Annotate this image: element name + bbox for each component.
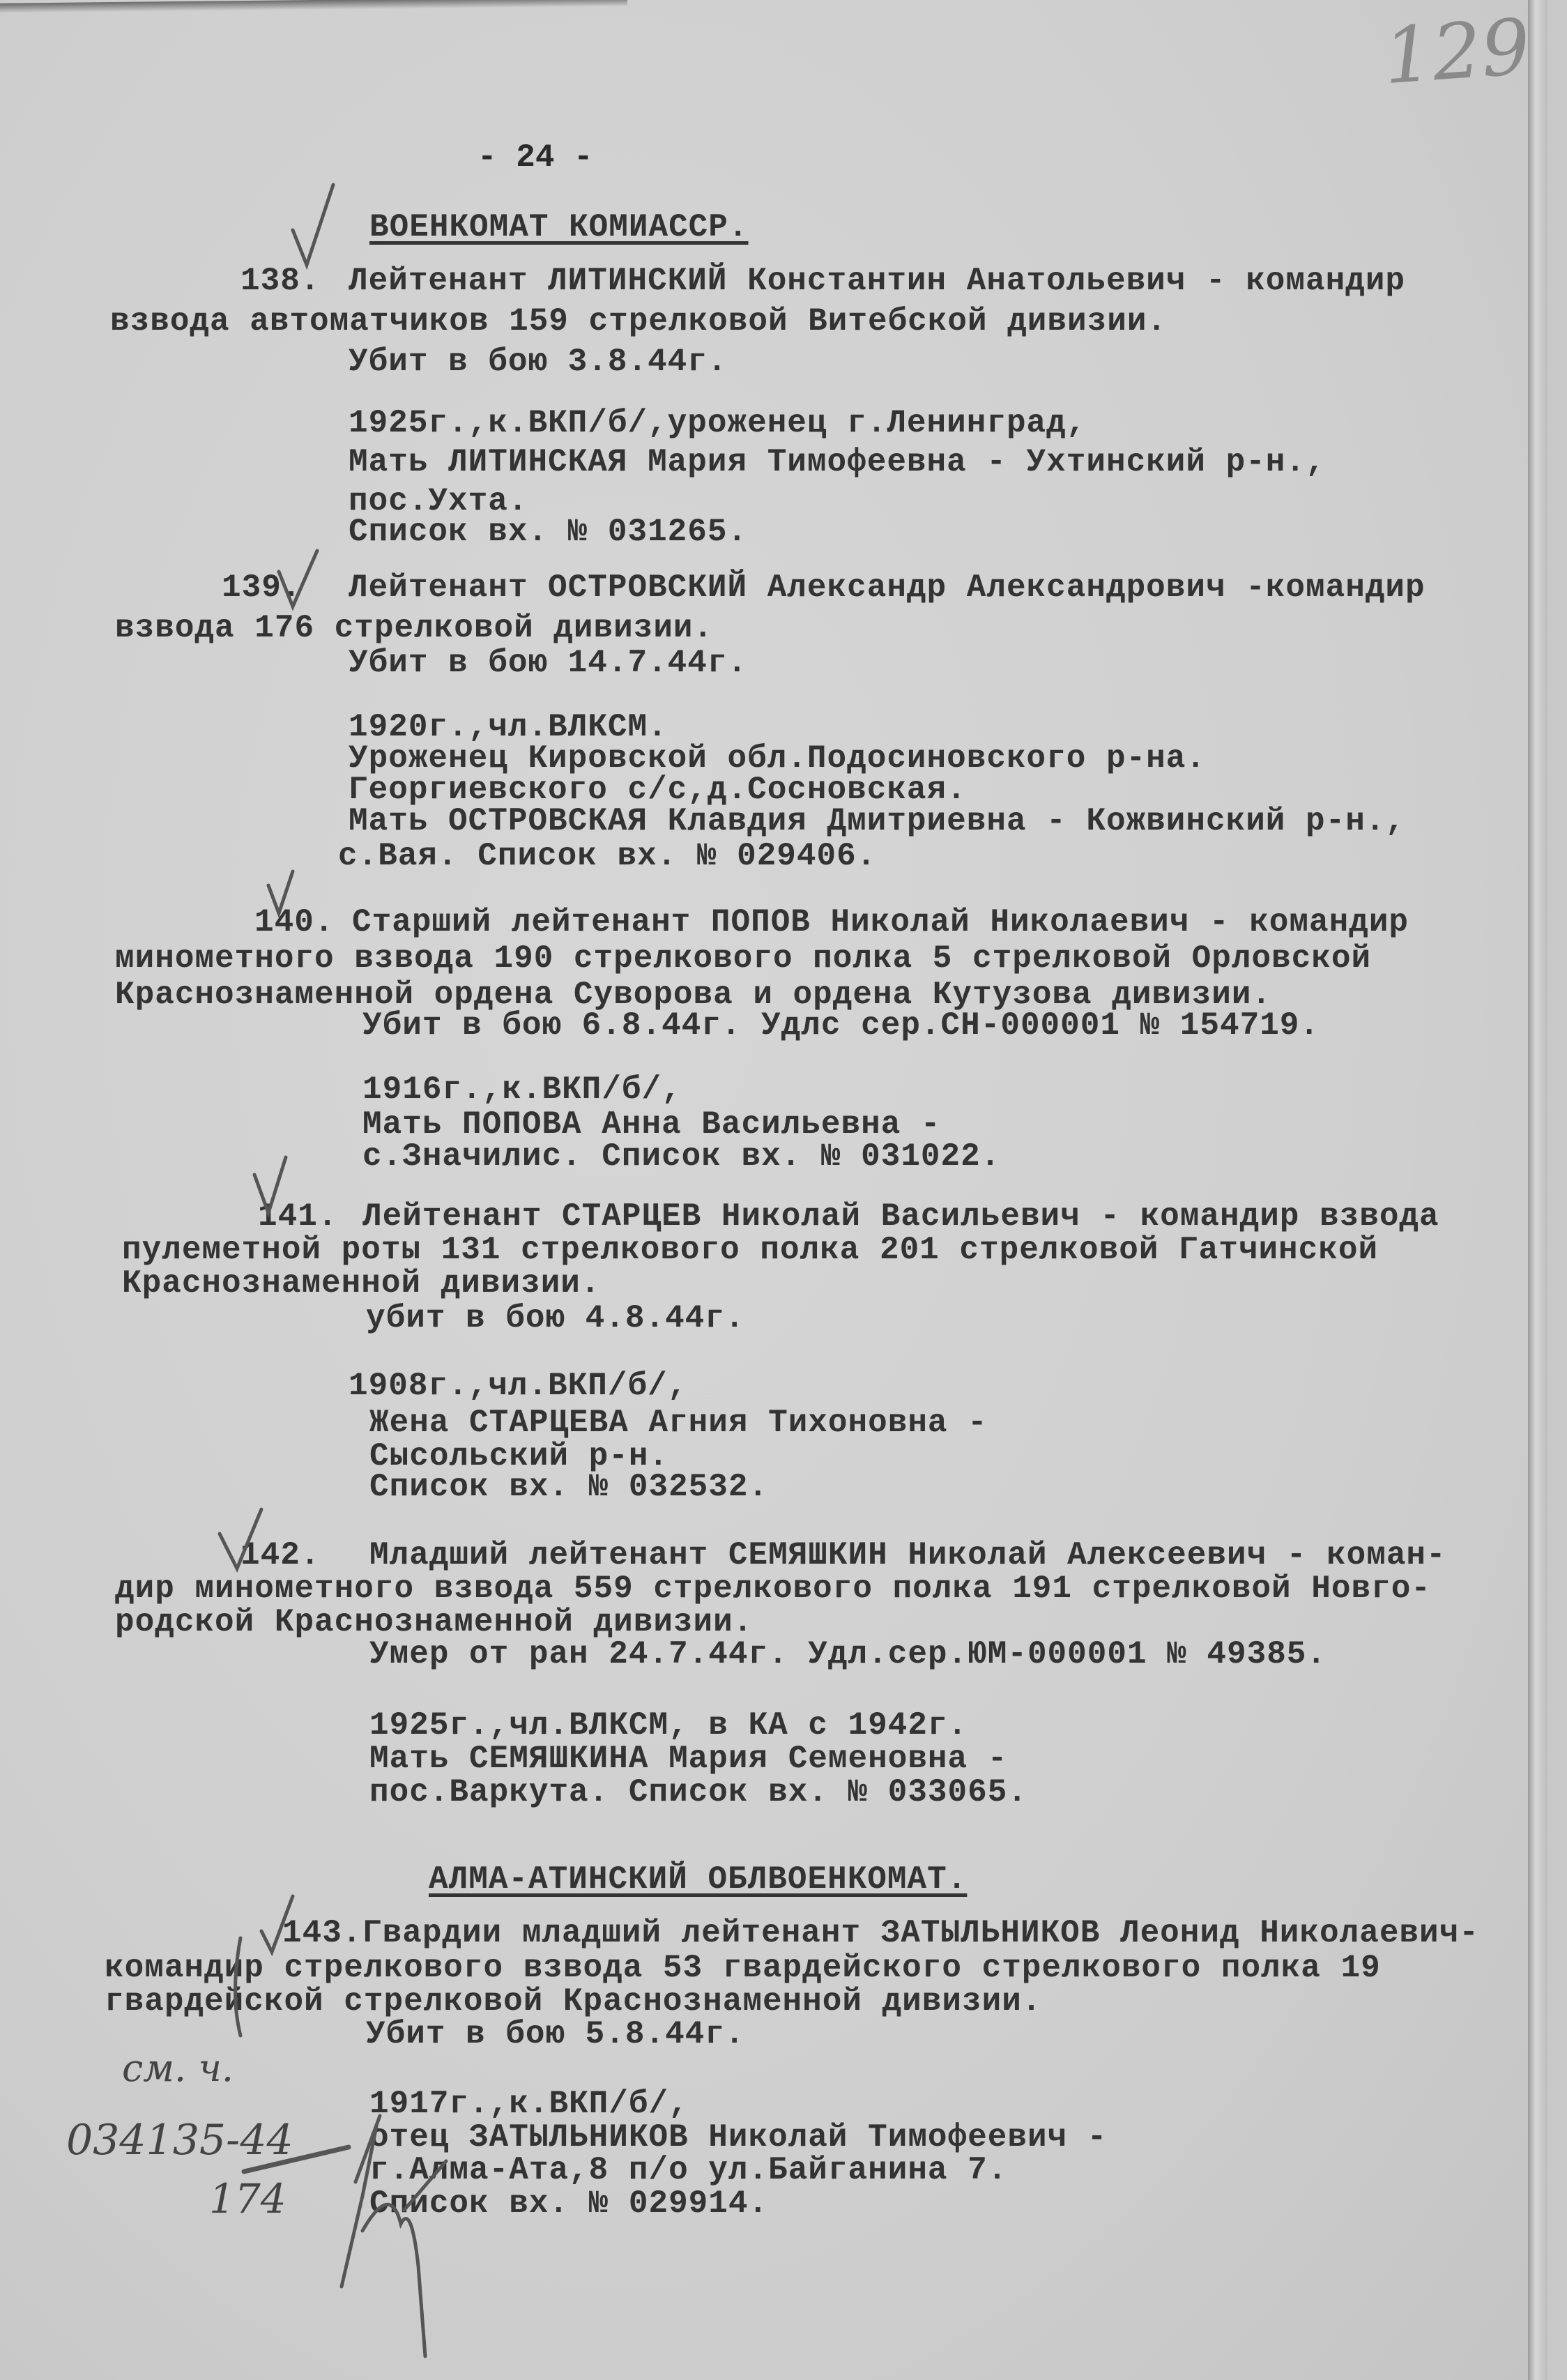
- entry-142-detail-1: 1925г.,чл.ВЛКСМ, в КА с 1942г.: [369, 1709, 968, 1741]
- entry-143-detail-3: г.Алма-Ата,8 п/о ул.Байганина 7.: [369, 2154, 1007, 2186]
- entry-143-line-4: Убит в бою 5.8.44г.: [366, 2018, 745, 2050]
- handwritten-number-bottom: 174: [209, 2175, 286, 2222]
- entry-138-detail-1: 1925г.,к.ВКП/б/,уроженец г.Ленинград,: [349, 407, 1086, 439]
- entry-139-line-2: взвода 176 стрелковой дивизии.: [115, 612, 713, 644]
- entry-140-line-1: Старший лейтенант ПОПОВ Николай Николаев…: [352, 906, 1409, 938]
- handwritten-ref-note: см. ч.: [122, 2046, 234, 2090]
- handwritten-number-top: 034135-44: [66, 2116, 293, 2165]
- entry-138-line-3: Убит в бою 3.8.44г.: [349, 346, 728, 378]
- entry-141-line-3: Краснознаменной дивизии.: [122, 1267, 601, 1299]
- entry-138-line-1: Лейтенант ЛИТИНСКИЙ Константин Анатольев…: [349, 265, 1405, 297]
- entry-141-line-1: Лейтенант СТАРЦЕВ Николай Васильевич - к…: [362, 1200, 1439, 1233]
- entry-142-line-2: дир минометного взвода 559 стрелкового п…: [115, 1573, 1431, 1605]
- entry-139-detail-1: 1920г.,чл.ВЛКСМ.: [349, 711, 668, 743]
- entry-140-line-3: Краснознаменной ордена Суворова и ордена…: [115, 979, 1271, 1011]
- document-page: 129 - 24 - ВОЕНКОМАТ КОМИАССР. 138. Лейт…: [0, 0, 1547, 2380]
- page-number: - 24 -: [477, 139, 593, 176]
- entry-141-detail-3: Сысольский р-н.: [369, 1440, 668, 1472]
- entry-142-detail-2: Мать СЕМЯШКИНА Мария Семеновна -: [369, 1743, 1007, 1775]
- entry-142-detail-3: пос.Варкута. Список вх. № 033065.: [369, 1776, 1027, 1808]
- entry-139-detail-3: Георгиевского с/с,д.Сосновская.: [349, 774, 967, 806]
- entry-139-number: 139.: [222, 572, 301, 604]
- entry-143-line-1: Гвардии младший лейтенант ЗАТЫЛЬНИКОВ Ле…: [362, 1917, 1479, 1949]
- entry-140-line-4: Убит в бою 6.8.44г. Удлс сер.СН-000001 №…: [362, 1009, 1320, 1042]
- entry-140-detail-3: с.Значилис. Список вх. № 031022.: [362, 1141, 1000, 1173]
- entry-141-detail-2: Жена СТАРЦЕВА Агния Тихоновна -: [369, 1407, 988, 1439]
- entry-139-line-3: Убит в бою 14.7.44г.: [349, 647, 747, 679]
- entry-141-detail-1: 1908г.,чл.ВКП/б/,: [349, 1370, 687, 1402]
- entry-140-line-2: минометного взвода 190 стрелкового полка…: [115, 943, 1371, 975]
- entry-138-detail-3: пос.Ухта.: [349, 485, 528, 517]
- entry-143-detail-4: Список вх. № 029914.: [369, 2188, 768, 2220]
- checkmark-icon: [293, 185, 333, 265]
- entry-141-detail-4: Список вх. № 032532.: [369, 1471, 768, 1503]
- entry-139-detail-2: Уроженец Кировской обл.Подосиновского р-…: [349, 742, 1206, 775]
- entry-141-number: 141.: [258, 1200, 337, 1233]
- entry-138-line-2: взвода автоматчиков 159 стрелковой Витеб…: [110, 305, 1167, 337]
- entry-140-detail-2: Мать ПОПОВА Анна Васильевна -: [362, 1108, 941, 1141]
- entry-138-detail-2: Мать ЛИТИНСКАЯ Мария Тимофеевна - Ухтинс…: [349, 446, 1326, 478]
- entry-139-detail-5: с.Вая. Список вх. № 029406.: [338, 840, 876, 872]
- section-heading-alma-ata: АЛМА-АТИНСКИЙ ОБЛВОЕНКОМАТ.: [429, 1861, 967, 1898]
- entry-138-detail-4: Список вх. № 031265.: [349, 516, 747, 548]
- entry-140-detail-1: 1916г.,к.ВКП/б/,: [362, 1074, 682, 1106]
- binding-edge: [1528, 0, 1547, 2380]
- entry-142-line-4: Умер от ран 24.7.44г. Удл.сер.ЮМ-000001 …: [369, 1638, 1327, 1670]
- entry-139-detail-4: Мать ОСТРОВСКАЯ Клавдия Дмитриевна - Кож…: [349, 805, 1405, 837]
- entry-139-line-1: Лейтенант ОСТРОВСКИЙ Александр Александр…: [349, 572, 1425, 604]
- entry-143-line-2: командир стрелкового взвода 53 гвардейск…: [105, 1952, 1381, 1984]
- page-edge-shadow: [0, 0, 627, 13]
- entry-142-line-1: Младший лейтенант СЕМЯШКИН Николай Алекс…: [369, 1539, 1446, 1571]
- section-heading-komi: ВОЕНКОМАТ КОМИАССР.: [369, 209, 749, 245]
- folio-number: 129: [1381, 2, 1533, 101]
- entry-142-number: 142.: [240, 1539, 320, 1571]
- entry-142-line-3: родской Краснознаменной дивизии.: [115, 1606, 753, 1638]
- entry-143-detail-2: отец ЗАТЫЛЬНИКОВ Николай Тимофеевич -: [369, 2121, 1107, 2153]
- entry-143-number: 143.: [282, 1917, 362, 1949]
- handwritten-marks: [0, 0, 1567, 2380]
- entry-140-number: 140.: [254, 906, 334, 938]
- entry-143-line-3: гвардейской стрелковой Краснознаменной д…: [105, 1985, 1041, 2017]
- entry-141-line-2: пулеметной роты 131 стрелкового полка 20…: [122, 1234, 1378, 1266]
- entry-143-detail-1: 1917г.,к.ВКП/б/,: [369, 2088, 689, 2120]
- entry-141-line-4: убит в бою 4.8.44г.: [366, 1302, 745, 1334]
- entry-138-number: 138.: [240, 265, 320, 297]
